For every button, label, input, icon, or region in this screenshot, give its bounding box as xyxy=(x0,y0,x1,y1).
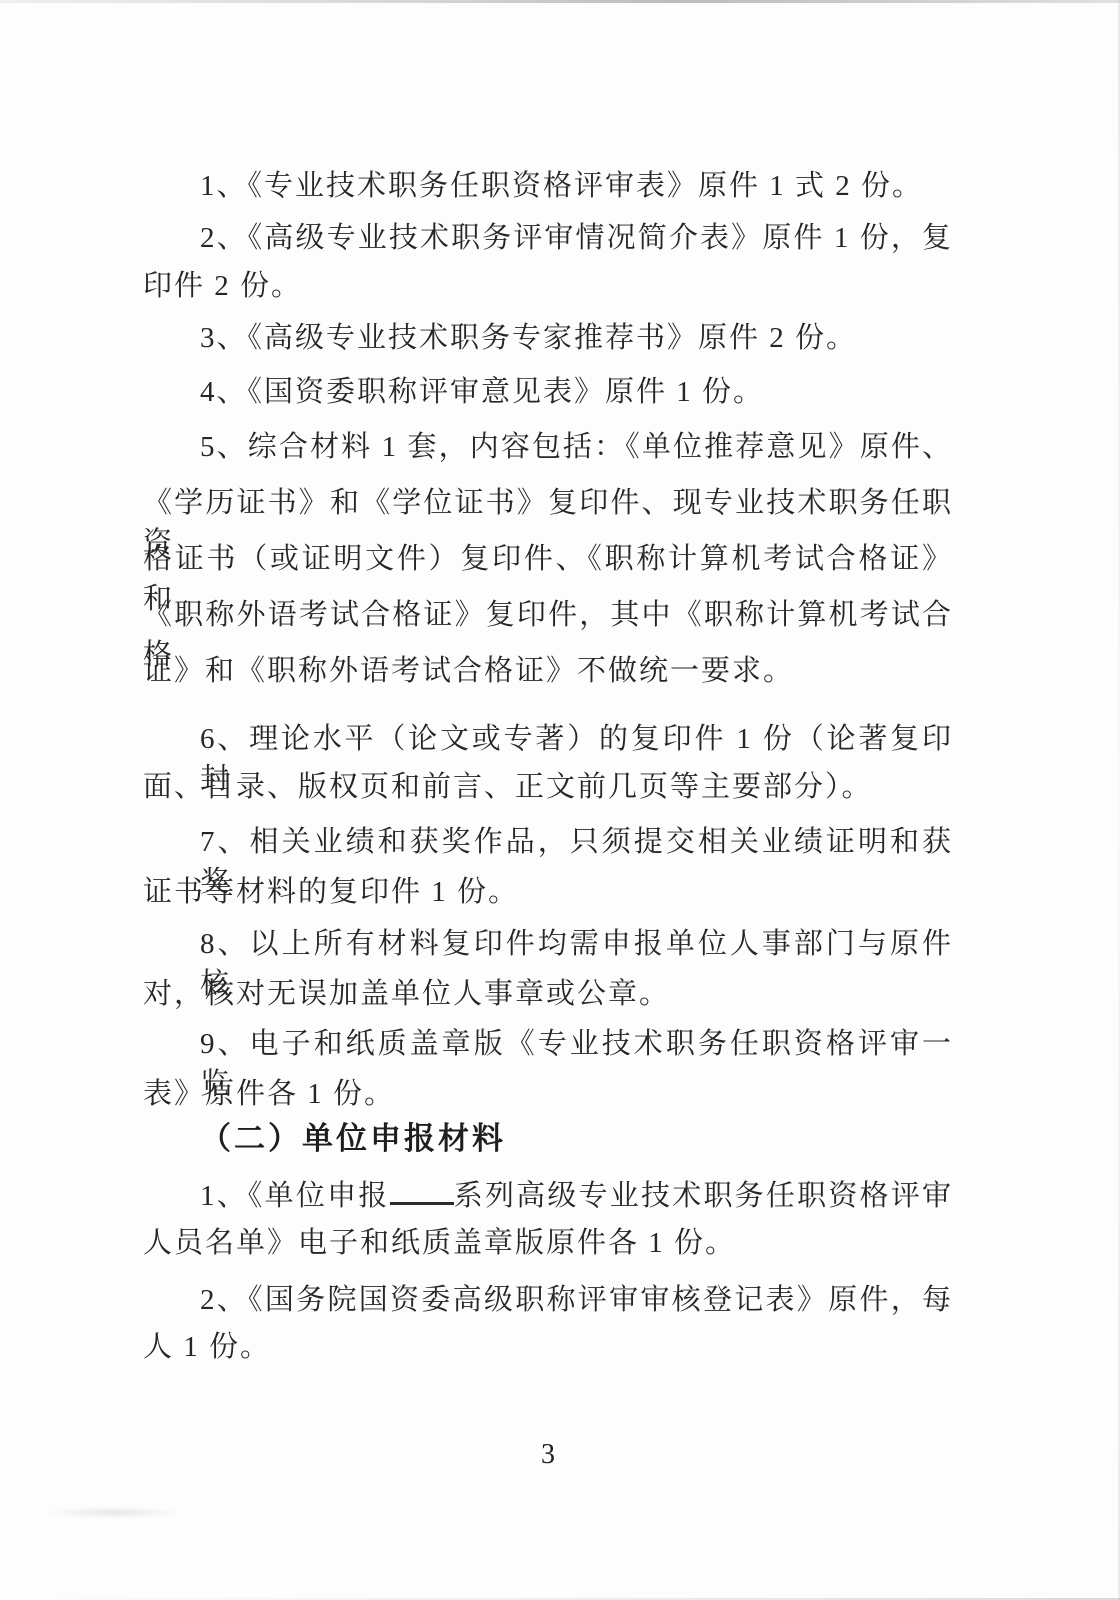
applicant-item-5-line-5: 证》和《职称外语考试合格证》不做统一要求。 xyxy=(143,651,953,691)
unit-item-1-line-2: 人员名单》电子和纸质盖章版原件各 1 份。 xyxy=(143,1223,953,1263)
scanned-document-page: 1、《专业技术职务任职资格评审表》原件 1 式 2 份。 2、《高级专业技术职务… xyxy=(0,0,1120,1600)
unit-item-1-line-1: 1、《单位申报系列高级专业技术职务任职资格评审 xyxy=(143,1176,953,1216)
unit-item-1-line-1-suffix: 系列高级专业技术职务任职资格评审 xyxy=(454,1180,953,1212)
applicant-item-1-line-1: 1、《专业技术职务任职资格评审表》原件 1 式 2 份。 xyxy=(143,166,953,206)
applicant-item-2-line-2: 印件 2 份。 xyxy=(143,266,953,306)
applicant-item-7-line-2: 证书等材料的复印件 1 份。 xyxy=(143,872,953,912)
applicant-item-5-line-4: 《职称外语考试合格证》复印件，其中《职称计算机考试合格 xyxy=(143,595,953,635)
applicant-item-9-line-1: 9、电子和纸质盖章版《专业技术职务任职资格评审一览 xyxy=(143,1024,953,1064)
applicant-item-5-line-2: 《学历证书》和《学位证书》复印件、现专业技术职务任职资 xyxy=(143,483,953,523)
applicant-item-5-line-3: 格证书（或证明文件）复印件、《职称计算机考试合格证》和 xyxy=(143,539,953,579)
applicant-item-5-line-1: 5、综合材料 1 套，内容包括：《单位推荐意见》原件、 xyxy=(143,427,953,467)
applicant-item-9-line-2: 表》原件各 1 份。 xyxy=(143,1074,953,1114)
unit-item-1-line-1-prefix: 1、《单位申报 xyxy=(200,1180,390,1212)
unit-item-2-line-1: 2、《国务院国资委高级职称评审审核登记表》原件，每 xyxy=(143,1280,953,1320)
applicant-item-8-line-2: 对，核对无误加盖单位人事章或公章。 xyxy=(143,974,953,1014)
page-number: 3 xyxy=(143,1435,953,1475)
applicant-item-4-line-1: 4、《国资委职称评审意见表》原件 1 份。 xyxy=(143,372,953,412)
applicant-item-8-line-1: 8、以上所有材料复印件均需申报单位人事部门与原件核 xyxy=(143,924,953,964)
applicant-item-6-line-1: 6、理论水平（论文或专著）的复印件 1 份（论著复印封 xyxy=(143,719,953,759)
unit-item-2-line-2: 人 1 份。 xyxy=(143,1327,953,1367)
document-body: 1、《专业技术职务任职资格评审表》原件 1 式 2 份。 2、《高级专业技术职务… xyxy=(143,0,953,1600)
applicant-item-6-line-2: 面、目录、版权页和前言、正文前几页等主要部分）。 xyxy=(143,767,953,807)
applicant-item-3-line-1: 3、《高级专业技术职务专家推荐书》原件 2 份。 xyxy=(143,318,953,358)
applicant-item-7-line-1: 7、相关业绩和获奖作品，只须提交相关业绩证明和获奖 xyxy=(143,822,953,862)
section-heading-unit-materials: （二）单位申报材料 xyxy=(143,1119,953,1159)
fill-in-blank xyxy=(390,1199,454,1205)
applicant-item-2-line-1: 2、《高级专业技术职务评审情况简介表》原件 1 份，复 xyxy=(143,218,953,258)
